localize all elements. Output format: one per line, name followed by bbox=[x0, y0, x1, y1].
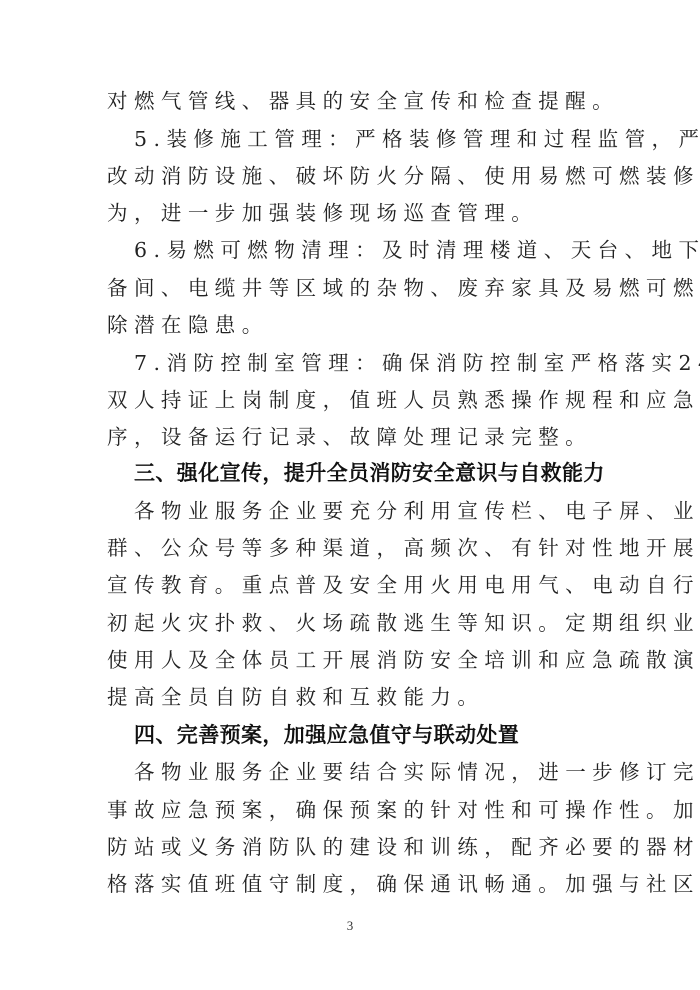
list-item-5-heading-line: 5.装修施工管理：严格装修管理和过程监管，严禁擅自 bbox=[134, 124, 597, 154]
body-text-line: 使用人及全体员工开展消防安全培训和应急疏散演练，切实 bbox=[107, 645, 597, 675]
body-text-line: 双人持证上岗制度，值班人员熟悉操作规程和应急处置程 bbox=[107, 385, 597, 415]
document-page: 对燃气管线、器具的安全宣传和检查提醒。 5.装修施工管理：严格装修管理和过程监管… bbox=[0, 0, 700, 990]
body-text-line: 提高全员自防自救和互救能力。 bbox=[107, 682, 597, 712]
body-text-line: 对燃气管线、器具的安全宣传和检查提醒。 bbox=[107, 86, 597, 116]
list-item-7-heading-line: 7.消防控制室管理：确保消防控制室严格落实24小时 bbox=[134, 348, 597, 378]
body-text-line: 备间、电缆井等区域的杂物、废弃家具及易燃可燃物品，消 bbox=[107, 273, 597, 303]
list-item-6-heading-line: 6.易燃可燃物清理：及时清理楼道、天台、地下室、设 bbox=[134, 235, 597, 265]
body-text-line: 宣传教育。重点普及安全用火用电用气、电动自行车安全、 bbox=[107, 570, 597, 600]
body-text-line: 初起火灾扑救、火场疏散逃生等知识。定期组织业主、物业 bbox=[107, 608, 597, 638]
section-heading-3: 三、强化宣传，提升全员消防安全意识与自救能力 bbox=[134, 458, 597, 488]
body-text-line: 为，进一步加强装修现场巡查管理。 bbox=[107, 198, 597, 228]
paragraph-first-line: 各物业服务企业要充分利用宣传栏、电子屏、业主微信 bbox=[134, 496, 597, 526]
body-text-line: 防站或义务消防队的建设和训练，配齐必要的器材装备。严 bbox=[107, 832, 597, 862]
page-number: 3 bbox=[0, 918, 700, 934]
body-text-line: 群、公众号等多种渠道，高频次、有针对性地开展消防安全 bbox=[107, 533, 597, 563]
section-heading-4: 四、完善预案，加强应急值守与联动处置 bbox=[134, 720, 597, 750]
body-text-line: 除潜在隐患。 bbox=[107, 310, 597, 340]
body-text-line: 事故应急预案，确保预案的针对性和可操作性。加强微型消 bbox=[107, 795, 597, 825]
body-text-line: 序，设备运行记录、故障处理记录完整。 bbox=[107, 422, 597, 452]
paragraph-first-line: 各物业服务企业要结合实际情况，进一步修订完善火灾 bbox=[134, 757, 597, 787]
body-text-line: 格落实值班值守制度，确保通讯畅通。加强与社区、街道、 bbox=[107, 869, 597, 899]
body-text-line: 改动消防设施、破坏防火分隔、使用易燃可燃装修材料等行 bbox=[107, 161, 597, 191]
